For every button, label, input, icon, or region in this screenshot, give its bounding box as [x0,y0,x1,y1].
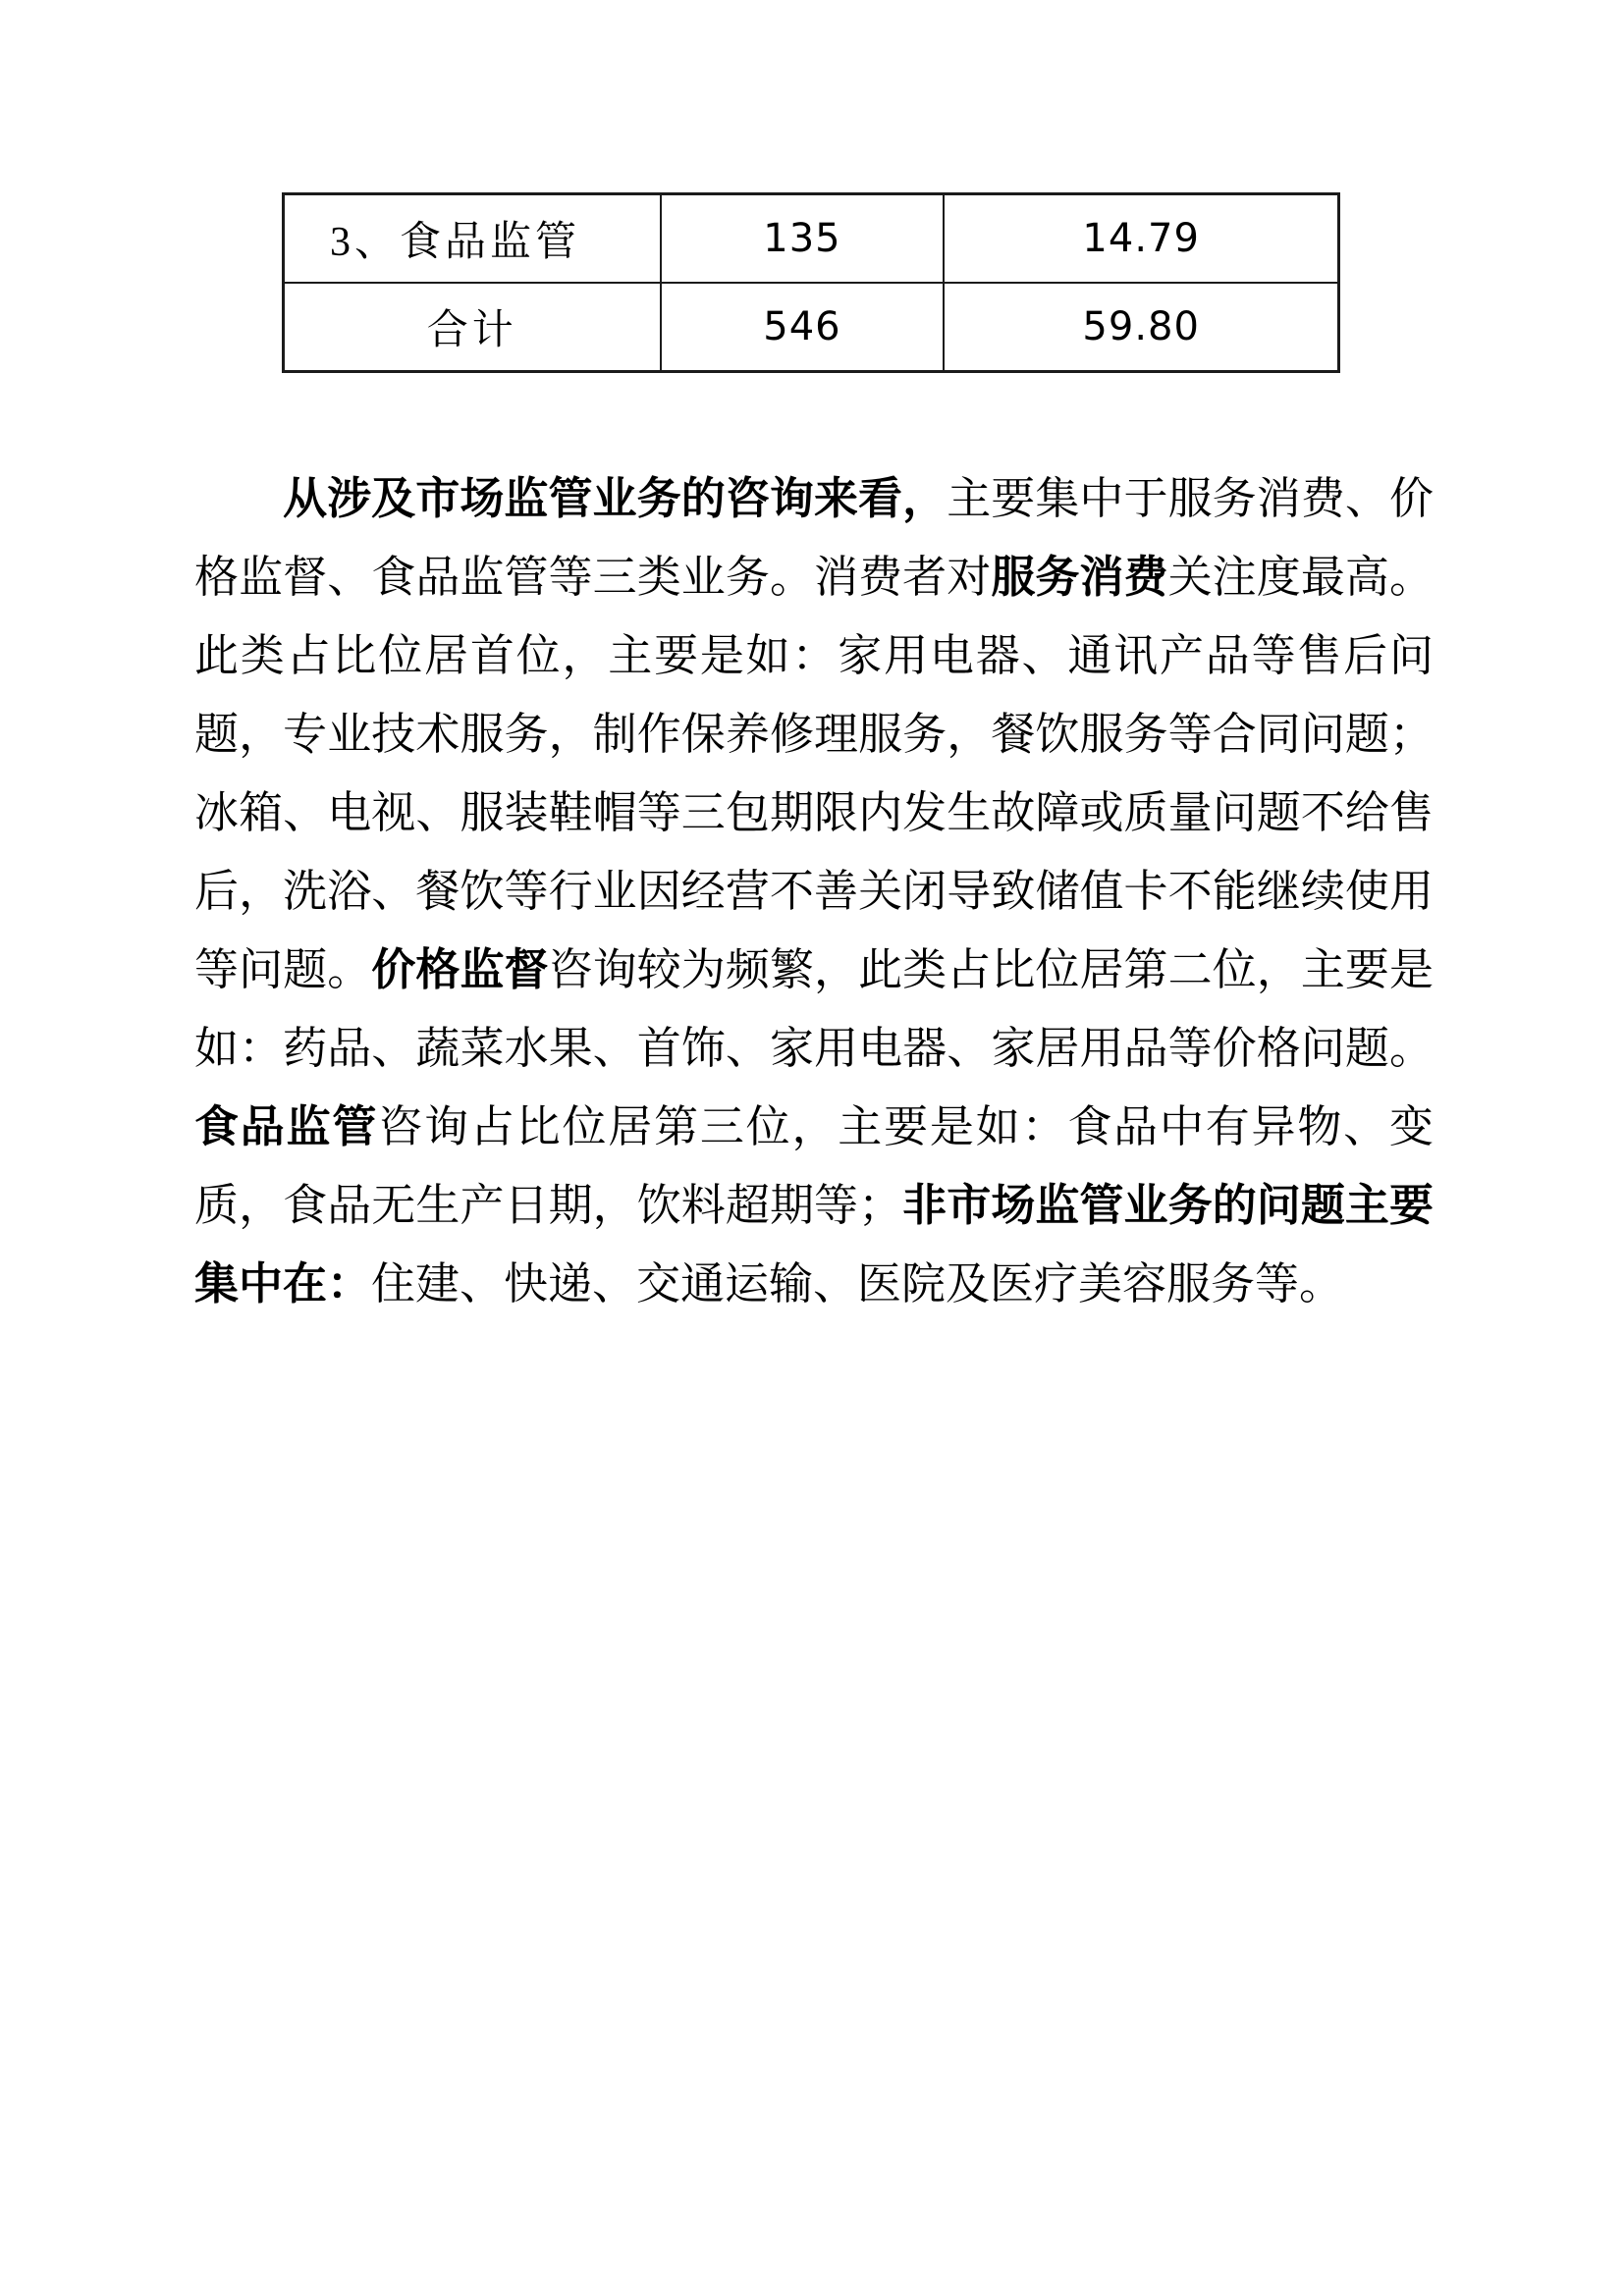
paragraph-segment: 住建、快递、交通运输、医院及医疗美容服务等。 [371,1259,1343,1308]
table-cell-total-percent: 59.80 [944,283,1338,372]
consultation-stats-table: 3、食品监管 135 14.79 合计 546 59.80 [282,192,1340,373]
table-row-total: 合计 546 59.80 [284,283,1339,372]
table-cell-category: 3、食品监管 [284,194,661,284]
analysis-paragraph: 从涉及市场监管业务的咨询来看，主要集中于服务消费、价格监督、食品监管等三类业务。… [194,459,1434,1323]
paragraph-segment-price-supervision-bold: 价格监督 [371,945,548,994]
paragraph-segment: 关注度最高。此类占比位居首位，主要是如：家用电器、通讯产品等售后问题，专业技术服… [194,553,1434,994]
paragraph-segment-service-consumption-bold: 服务消费 [991,553,1167,602]
table-row-food-supervision: 3、食品监管 135 14.79 [284,194,1339,284]
table-cell-total-label: 合计 [284,283,661,372]
document-page: 3、食品监管 135 14.79 合计 546 59.80 从涉及市场监管业务的… [0,0,1624,2296]
paragraph-segment-food-supervision-bold: 食品监管 [194,1102,378,1151]
table-cell-count: 135 [661,194,945,284]
table-cell-percent: 14.79 [944,194,1338,284]
paragraph-segment-lead-bold: 从涉及市场监管业务的咨询来看， [283,474,947,523]
table-cell-total-count: 546 [661,283,945,372]
